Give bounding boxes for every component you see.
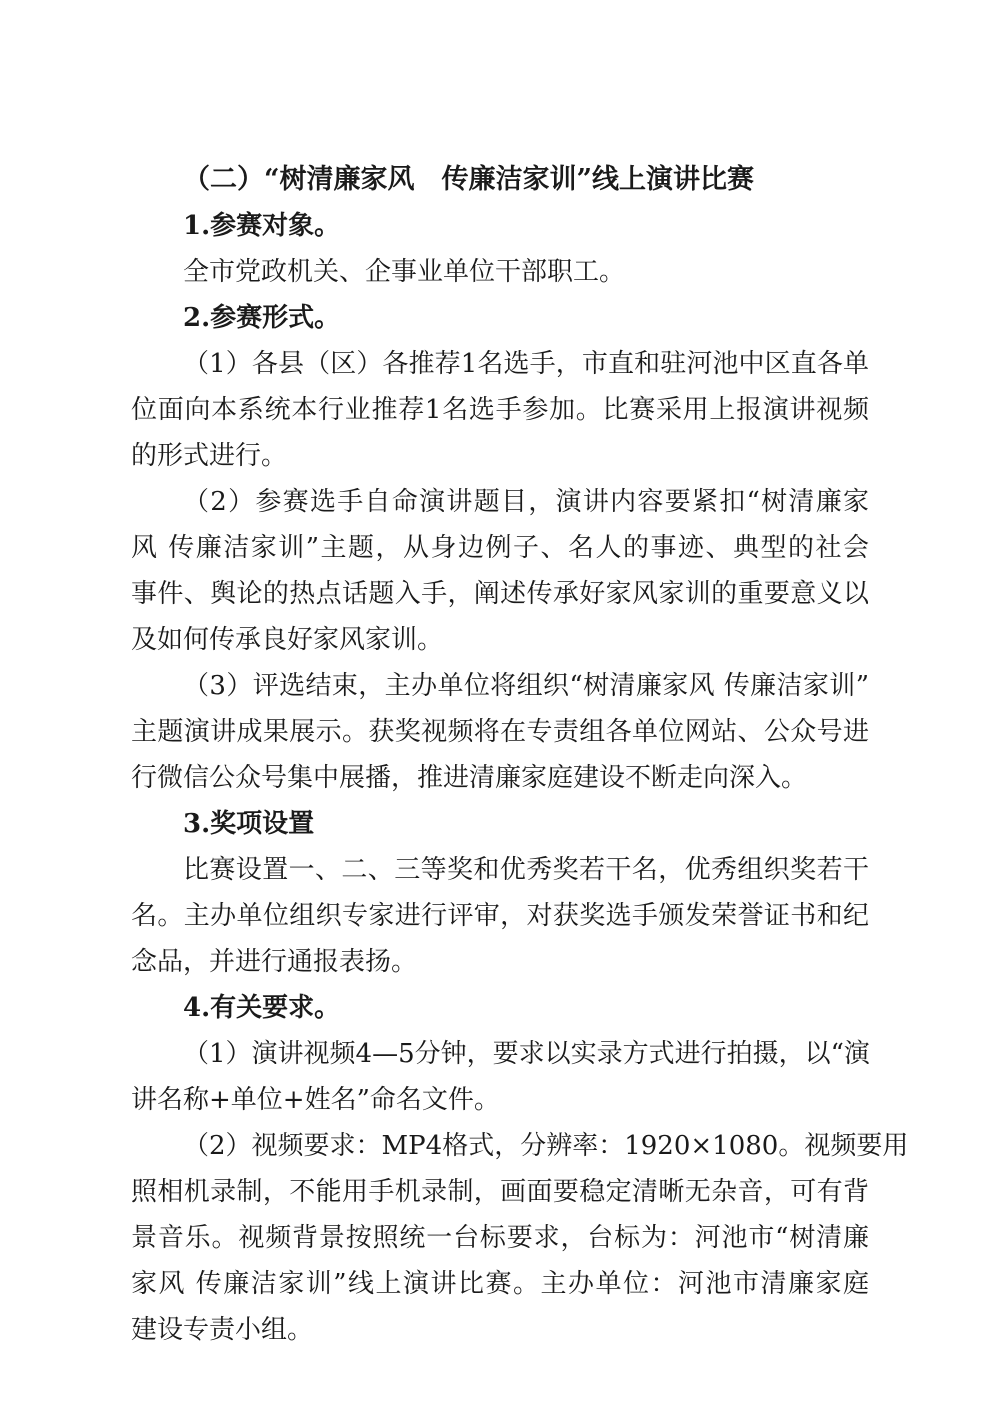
text-line: 行微信公众号集中展播，推进清廉家庭建设不断走向深入。: [0, 758, 1000, 798]
paragraph-line: 念品，并进行通报表扬。: [131, 942, 417, 982]
paragraph-line: 主题演讲成果展示。获奖视频将在专责组各单位网站、公众号进: [131, 712, 869, 752]
paragraph-line: （1）各县（区）各推荐1名选手，市直和驻河池中区直各单: [183, 344, 869, 384]
text-line: 3.奖项设置: [0, 804, 1000, 844]
text-line: 念品，并进行通报表扬。: [0, 942, 1000, 982]
text-line: （2）参赛选手自命演讲题目，演讲内容要紧扣“树清廉家: [0, 482, 1000, 522]
text-line: 1.参赛对象。: [0, 206, 1000, 246]
text-line: 风 传廉洁家训”主题，从身边例子、名人的事迹、典型的社会: [0, 528, 1000, 568]
text-line: 2.参赛形式。: [0, 298, 1000, 338]
paragraph-line: 风 传廉洁家训”主题，从身边例子、名人的事迹、典型的社会: [131, 528, 869, 568]
text-line: 建设专责小组。: [0, 1310, 1000, 1350]
paragraph-line: （3）评选结束，主办单位将组织“树清廉家风 传廉洁家训”: [183, 666, 869, 706]
text-line: 讲名称+单位+姓名”命名文件。: [0, 1080, 1000, 1120]
document-page: （二）“树清廉家风 传廉洁家训”线上演讲比赛 1.参赛对象。 全市党政机关、企事…: [0, 0, 1000, 1414]
paragraph-line: （1）演讲视频4—5分钟，要求以实录方式进行拍摄，以“演: [183, 1034, 869, 1074]
paragraph-line: 家风 传廉洁家训”线上演讲比赛。主办单位：河池市清廉家庭: [131, 1264, 869, 1304]
paragraph-line: 照相机录制，不能用手机录制，画面要稳定清晰无杂音，可有背: [131, 1172, 869, 1212]
text-line: （2）视频要求：MP4格式，分辨率：1920×1080。视频要用: [0, 1126, 1000, 1166]
paragraph-line: 建设专责小组。: [131, 1310, 313, 1350]
paragraph-line: 及如何传承良好家风家训。: [131, 620, 443, 660]
text-line: 及如何传承良好家风家训。: [0, 620, 1000, 660]
section-title-line: （二）“树清廉家风 传廉洁家训”线上演讲比赛: [0, 160, 1000, 200]
paragraph-line: （2）参赛选手自命演讲题目，演讲内容要紧扣“树清廉家: [183, 482, 869, 522]
text-line: 照相机录制，不能用手机录制，画面要稳定清晰无杂音，可有背: [0, 1172, 1000, 1212]
paragraph-line: 行微信公众号集中展播，推进清廉家庭建设不断走向深入。: [131, 758, 807, 798]
paragraph-line: 位面向本系统本行业推荐1名选手参加。比赛采用上报演讲视频: [131, 390, 869, 430]
paragraph-line: 景音乐。视频背景按照统一台标要求，台标为：河池市“树清廉: [131, 1218, 869, 1258]
paragraph-line: 名。主办单位组织专家进行评审，对获奖选手颁发荣誉证书和纪: [131, 896, 869, 936]
section-title: （二）“树清廉家风 传廉洁家训”线上演讲比赛: [183, 160, 754, 200]
paragraph-line: 比赛设置一、二、三等奖和优秀奖若干名，优秀组织奖若干: [183, 850, 869, 890]
text-line: 比赛设置一、二、三等奖和优秀奖若干名，优秀组织奖若干: [0, 850, 1000, 890]
paragraph-line: 讲名称+单位+姓名”命名文件。: [131, 1080, 500, 1120]
paragraph-line: 事件、舆论的热点话题入手，阐述传承好家风家训的重要意义以: [131, 574, 869, 614]
text-line: 名。主办单位组织专家进行评审，对获奖选手颁发荣誉证书和纪: [0, 896, 1000, 936]
text-line: （1）各县（区）各推荐1名选手，市直和驻河池中区直各单: [0, 344, 1000, 384]
text-line: （3）评选结束，主办单位将组织“树清廉家风 传廉洁家训”: [0, 666, 1000, 706]
heading-awards: 3.奖项设置: [183, 804, 314, 844]
heading-participants: 1.参赛对象。: [183, 206, 340, 246]
text-line: 家风 传廉洁家训”线上演讲比赛。主办单位：河池市清廉家庭: [0, 1264, 1000, 1304]
text-line: 景音乐。视频背景按照统一台标要求，台标为：河池市“树清廉: [0, 1218, 1000, 1258]
text-line: 事件、舆论的热点话题入手，阐述传承好家风家训的重要意义以: [0, 574, 1000, 614]
text-line: 主题演讲成果展示。获奖视频将在专责组各单位网站、公众号进: [0, 712, 1000, 752]
paragraph-line: （2）视频要求：MP4格式，分辨率：1920×1080。视频要用: [183, 1126, 869, 1166]
text-line: 4.有关要求。: [0, 988, 1000, 1028]
paragraph-line: 全市党政机关、企事业单位干部职工。: [183, 252, 625, 292]
text-line: 的形式进行。: [0, 436, 1000, 476]
heading-format: 2.参赛形式。: [183, 298, 340, 338]
text-line: 全市党政机关、企事业单位干部职工。: [0, 252, 1000, 292]
text-line: 位面向本系统本行业推荐1名选手参加。比赛采用上报演讲视频: [0, 390, 1000, 430]
paragraph-line: 的形式进行。: [131, 436, 287, 476]
heading-requirements: 4.有关要求。: [183, 988, 340, 1028]
text-line: （1）演讲视频4—5分钟，要求以实录方式进行拍摄，以“演: [0, 1034, 1000, 1074]
